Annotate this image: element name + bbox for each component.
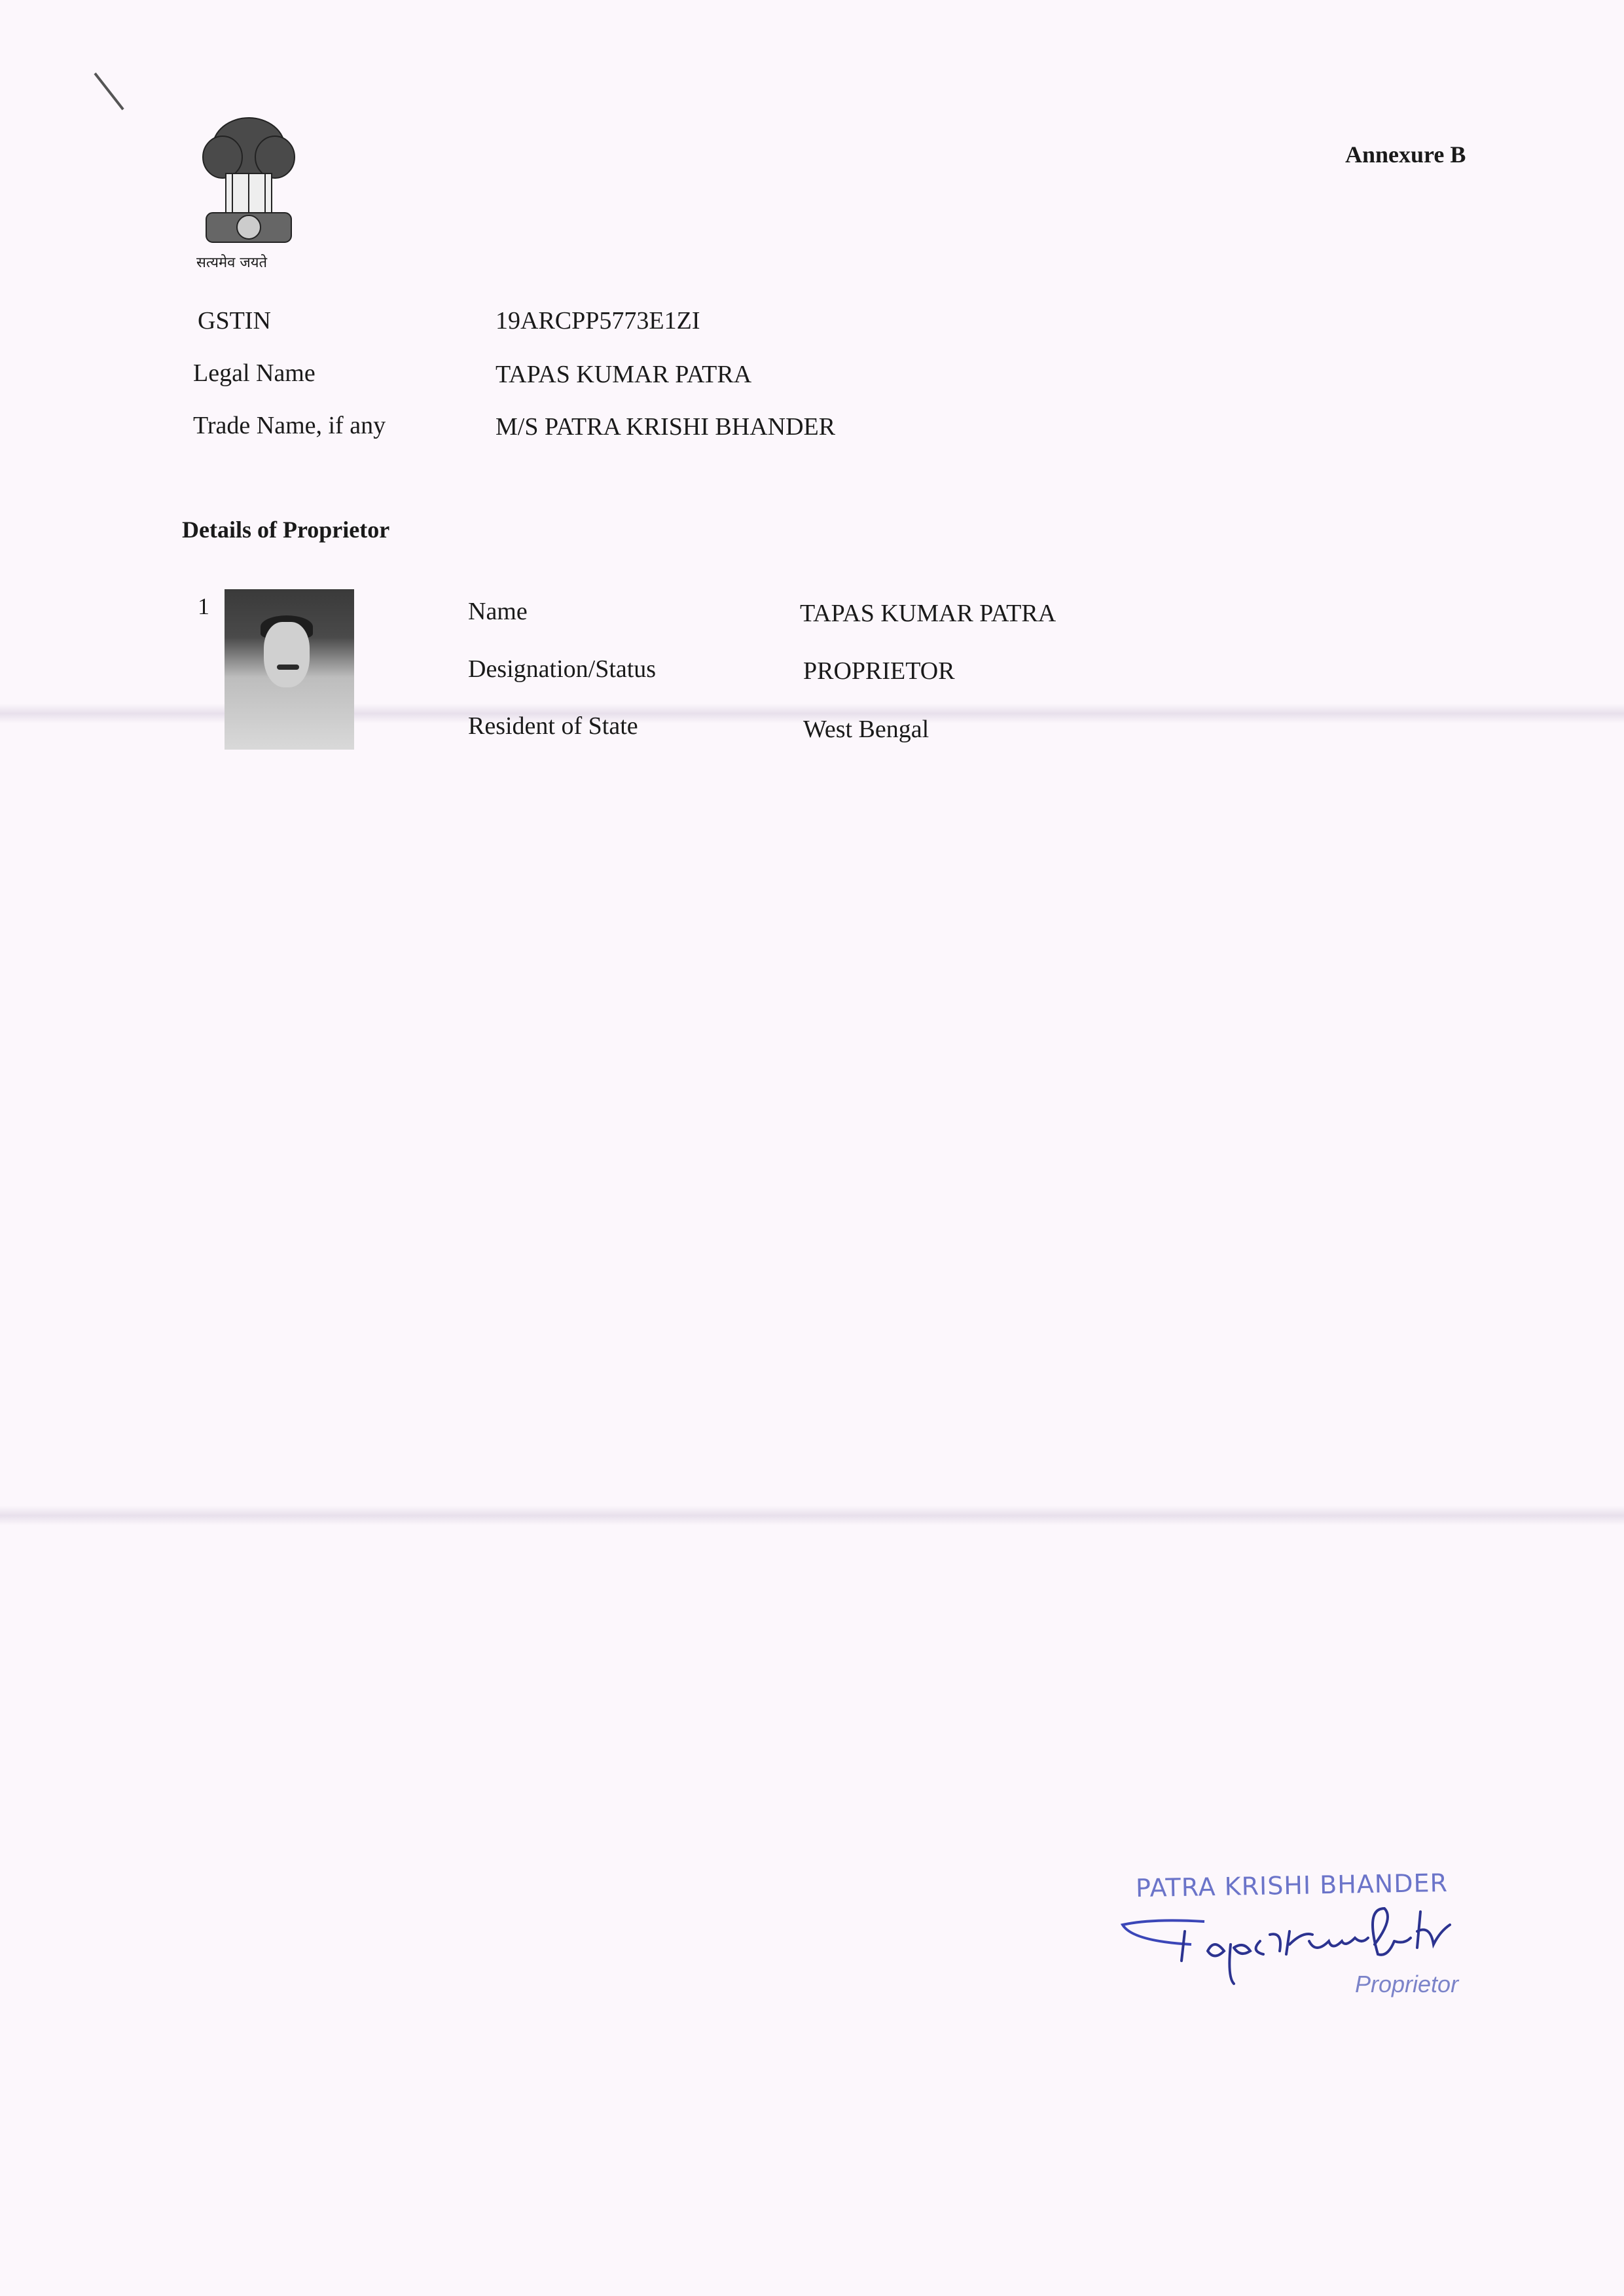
resident-state-value: West Bengal [803,715,929,744]
legal-name-label: Legal Name [193,359,316,388]
photo-mustache [277,665,299,670]
photo-face [264,622,310,687]
stamp-business-name: PATRA KRISHI BHANDER [1136,1868,1449,1903]
entry-index: 1 [198,592,209,620]
resident-state-label: Resident of State [468,712,638,740]
gstin-label: GSTIN [198,306,271,335]
stamp-role: Proprietor [1355,1971,1458,1998]
designation-label: Designation/Status [468,655,656,683]
proprietor-photo [225,589,354,750]
legal-name-value: TAPAS KUMAR PATRA [496,360,751,389]
pen-mark [94,73,124,111]
section-title: Details of Proprietor [182,516,389,543]
name-label: Name [468,597,528,626]
designation-value: PROPRIETOR [803,657,955,685]
gstin-value: 19ARCPP5773E1ZI [496,306,700,335]
annexure-label: Annexure B [1345,141,1466,168]
trade-name-value: M/S PATRA KRISHI BHANDER [496,412,835,441]
emblem-motto: सत्यमेव जयते [196,252,267,272]
paper-fold [0,1506,1624,1525]
trade-name-label: Trade Name, if any [193,411,386,440]
national-emblem-icon [190,108,308,272]
name-value: TAPAS KUMAR PATRA [800,599,1056,628]
